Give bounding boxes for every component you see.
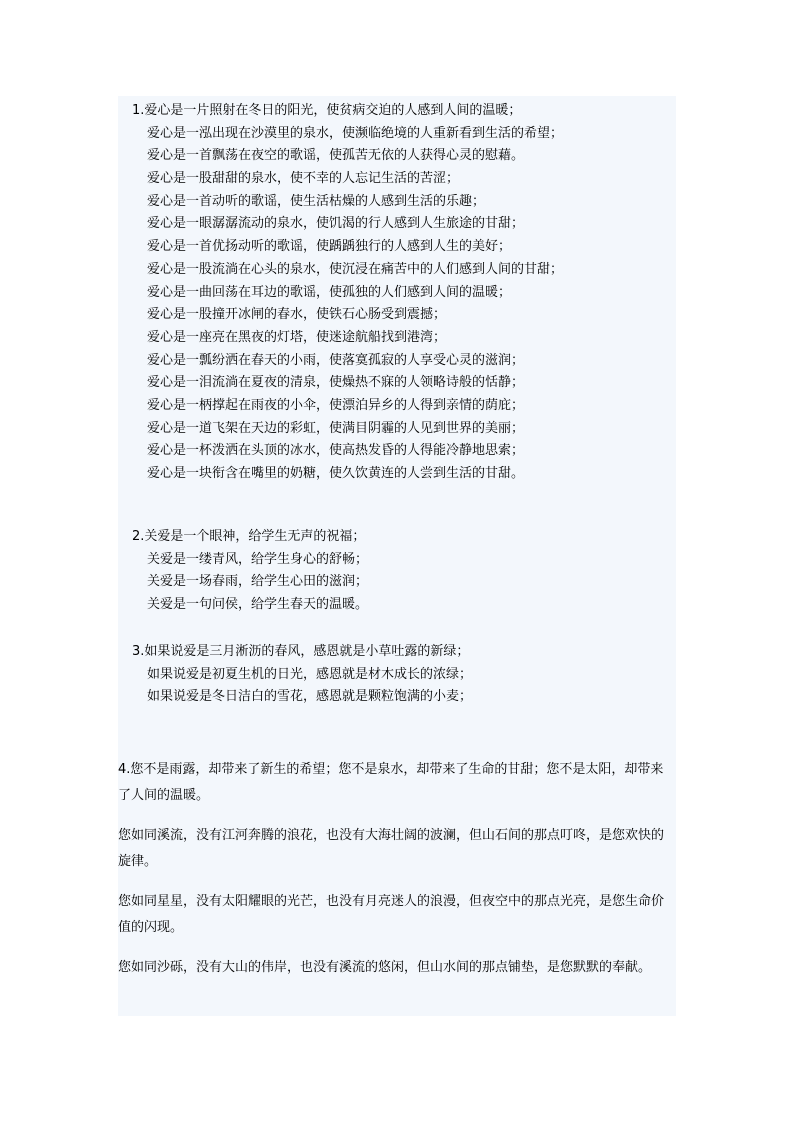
paragraph-sand: 您如同沙砾，没有大山的伟岸，也没有溪流的悠闲，但山水间的那点铺垫，是您默默的奉献… xyxy=(118,955,674,981)
paragraph-star: 您如同星星，没有太阳耀眼的光芒，也没有月亮迷人的浪漫，但夜空中的那点光亮，是您生… xyxy=(118,889,674,941)
text-line: 2.关爱是一个眼神，给学生无声的祝福； xyxy=(132,526,368,549)
document-panel: 1.爱心是一片照射在冬日的阳光，使贫病交迫的人感到人间的温暖； 爱心是一泓出现在… xyxy=(118,96,676,1016)
paragraph-stream: 您如同溪流，没有江河奔腾的浪花，也没有大海壮阔的波澜，但山石间的那点叮咚，是您欢… xyxy=(118,823,674,875)
text-line: 爱心是一道飞架在天边的彩虹，使满目阴霾的人见到世界的美丽； xyxy=(132,418,563,441)
text-line: 爱心是一瓢纷洒在春天的小雨，使落寞孤寂的人享受心灵的滋润； xyxy=(132,350,563,373)
text-line: 爱心是一股流淌在心头的泉水，使沉浸在痛苦中的人们感到人间的甘甜； xyxy=(132,259,563,282)
text-line: 爱心是一曲回荡在耳边的歌谣，使孤独的人们感到人间的温暖； xyxy=(132,282,563,305)
text-line: 如果说爱是初夏生机的日光，感恩就是材木成长的浓绿； xyxy=(132,664,472,687)
text-line: 爱心是一泪流淌在夏夜的清泉，使燥热不寐的人领略诗般的恬静； xyxy=(132,372,563,395)
text-line: 1.爱心是一片照射在冬日的阳光，使贫病交迫的人感到人间的温暖； xyxy=(132,100,563,123)
text-line: 爱心是一眼潺潺流动的泉水，使饥渴的行人感到人生旅途的甘甜； xyxy=(132,213,563,236)
text-line: 3.如果说爱是三月淅沥的春风，感恩就是小草吐露的新绿； xyxy=(132,641,472,664)
section-2-care: 2.关爱是一个眼神，给学生无声的祝福； 关爱是一缕青风，给学生身心的舒畅； 关爱… xyxy=(132,526,368,617)
text-line: 关爱是一句问侯，给学生春天的温暖。 xyxy=(132,594,368,617)
section-3-gratitude: 3.如果说爱是三月淅沥的春风，感恩就是小草吐露的新绿； 如果说爱是初夏生机的日光… xyxy=(132,641,472,709)
paragraph-4: 4.您不是雨露，却带来了新生的希望；您不是泉水，却带来了生命的甘甜；您不是太阳，… xyxy=(118,757,674,809)
section-1-love: 1.爱心是一片照射在冬日的阳光，使贫病交迫的人感到人间的温暖； 爱心是一泓出现在… xyxy=(132,100,563,486)
text-line: 爱心是一首动听的歌谣，使生活枯燥的人感到生活的乐趣； xyxy=(132,191,563,214)
text-line: 关爱是一场春雨，给学生心田的滋润； xyxy=(132,571,368,594)
text-line: 爱心是一首优扬动听的歌谣，使踽踽独行的人感到人生的美好； xyxy=(132,236,563,259)
text-line: 爱心是一泓出现在沙漠里的泉水，使濒临绝境的人重新看到生活的希望； xyxy=(132,123,563,146)
text-line: 爱心是一块衔含在嘴里的奶糖，使久饮黄连的人尝到生活的甘甜。 xyxy=(132,463,563,486)
text-line: 爱心是一柄撑起在雨夜的小伞，使漂泊异乡的人得到亲情的荫庇； xyxy=(132,395,563,418)
text-line: 爱心是一座亮在黑夜的灯塔，使迷途航船找到港湾； xyxy=(132,327,563,350)
text-line: 如果说爱是冬日洁白的雪花，感恩就是颗粒饱满的小麦； xyxy=(132,686,472,709)
text-line: 爱心是一首飘荡在夜空的歌谣，使孤苦无依的人获得心灵的慰藉。 xyxy=(132,145,563,168)
text-line: 爱心是一股甜甜的泉水，使不幸的人忘记生活的苦涩； xyxy=(132,168,563,191)
text-line: 爱心是一股撞开冰闸的春水，使铁石心肠受到震撼； xyxy=(132,304,563,327)
text-line: 爱心是一杯泼洒在头顶的冰水，使高热发昏的人得能冷静地思索； xyxy=(132,440,563,463)
text-line: 关爱是一缕青风，给学生身心的舒畅； xyxy=(132,549,368,572)
